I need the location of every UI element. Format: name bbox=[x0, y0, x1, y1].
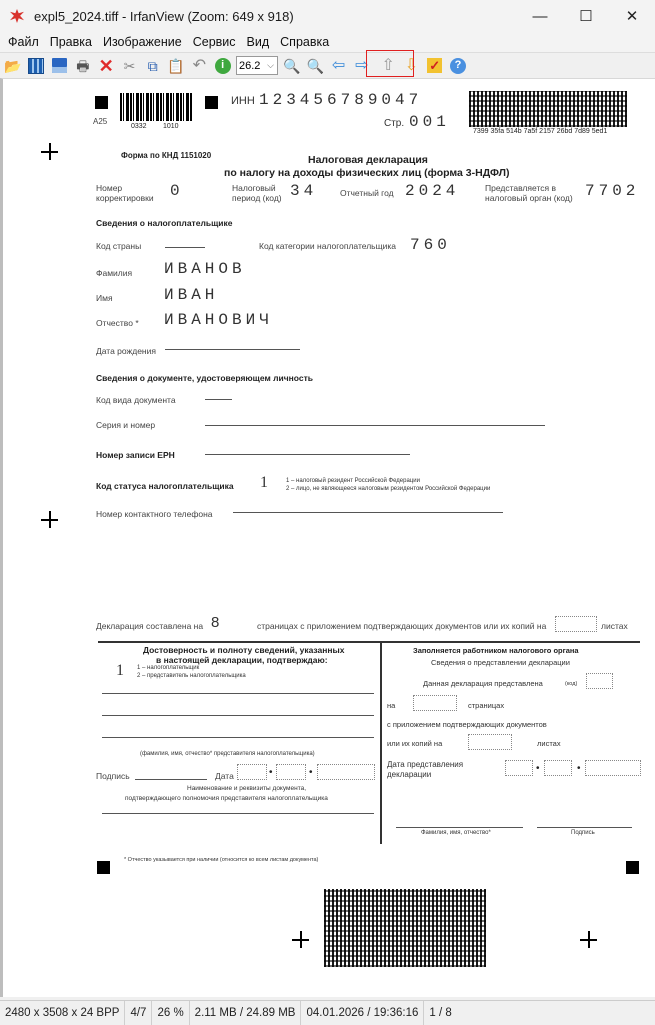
taxpayer-section-title: Сведения о налогоплательщике bbox=[96, 218, 232, 228]
officer-sign-caption: Подпись bbox=[571, 830, 595, 836]
officer-copies-label: или их копий на bbox=[387, 739, 442, 748]
menu-file[interactable]: Файл bbox=[3, 35, 44, 49]
section-divider bbox=[98, 641, 640, 643]
pages-suffix: страницах с приложением подтверждающих д… bbox=[257, 621, 546, 631]
surname-value: ИВАНОВ bbox=[164, 260, 246, 278]
status-zoom: 26 % bbox=[152, 1001, 189, 1025]
officer-pages-field[interactable] bbox=[413, 695, 457, 711]
birth-date-line bbox=[165, 349, 300, 350]
prev-icon[interactable]: ⇦ bbox=[329, 56, 349, 76]
column-divider bbox=[380, 641, 382, 844]
signature-label: Подпись bbox=[96, 771, 130, 781]
form-title-line1: Налоговая декларация bbox=[308, 154, 428, 166]
registration-cross bbox=[41, 511, 58, 528]
officer-attach-label: с приложением подтверждающих документов bbox=[387, 720, 547, 729]
surname-label: Фамилия bbox=[96, 268, 132, 278]
pages-value: 8 bbox=[211, 614, 219, 631]
authority-doc-line bbox=[102, 813, 374, 814]
cut-icon[interactable]: ✂ bbox=[119, 56, 139, 76]
barcode-digits-left: 0332 bbox=[131, 123, 147, 130]
doc-type-line bbox=[205, 399, 232, 400]
officer-on-label: на bbox=[387, 701, 395, 710]
multipage-icon[interactable]: ✓ bbox=[425, 56, 445, 76]
officer-pages-label: страницах bbox=[468, 701, 504, 710]
registration-cross bbox=[41, 143, 58, 160]
officer-sheets-label: листах bbox=[537, 739, 561, 748]
name-label: Имя bbox=[96, 293, 113, 303]
form-code: Форма по КНД 1151020 bbox=[121, 151, 211, 160]
maximize-button[interactable]: ☐ bbox=[563, 0, 609, 32]
year-label: Отчетный год bbox=[340, 188, 394, 198]
pdf417-barcode bbox=[469, 91, 627, 127]
series-label: Серия и номер bbox=[96, 420, 155, 430]
highlight-box bbox=[366, 50, 414, 77]
signature-line bbox=[135, 779, 207, 780]
help-icon[interactable]: ? bbox=[448, 56, 468, 76]
date-separator: • bbox=[309, 767, 313, 778]
officer-fio-caption: Фамилия, имя, отчество* bbox=[421, 830, 491, 836]
menu-options[interactable]: Сервис bbox=[188, 35, 241, 49]
authority-label: Представляется в налоговый орган (код) bbox=[485, 183, 577, 203]
menu-help[interactable]: Справка bbox=[275, 35, 334, 49]
doc-type-label: Код вида документа bbox=[96, 395, 176, 405]
inn-value: 123456789047 bbox=[259, 91, 422, 109]
inn-label: ИНН bbox=[231, 95, 255, 107]
officer-fio-line bbox=[396, 827, 523, 828]
series-line bbox=[205, 425, 545, 426]
toolbar: 📂 🖶 ✕ ✂ ⧉ 📋 ↶ i 26.2 ⌵ 🔍 🔍 ⇦ ⇨ ⇧ ⇩ ✓ ? bbox=[0, 52, 655, 78]
officer-title: Заполняется работником налогового органа bbox=[413, 646, 579, 655]
officer-date-month-field[interactable] bbox=[544, 760, 572, 776]
country-field-line bbox=[165, 247, 205, 248]
footnote: * Отчество указывается при наличии (отно… bbox=[124, 857, 318, 863]
pdf417-bottom-barcode bbox=[324, 889, 486, 967]
attachment-sheets-field[interactable] bbox=[555, 616, 597, 632]
officer-date-day-field[interactable] bbox=[505, 760, 533, 776]
confirm-value: 1 bbox=[116, 662, 124, 680]
status-bar: 2480 x 3508 x 24 BPP 4/7 26 % 2.11 MB / … bbox=[0, 1000, 655, 1025]
status-size: 2.11 MB / 24.89 MB bbox=[190, 1001, 302, 1025]
officer-date-year-field[interactable] bbox=[585, 760, 641, 776]
correction-label: Номер корректировки bbox=[96, 183, 156, 203]
date-separator: • bbox=[269, 767, 273, 778]
title-bar: expl5_2024.tiff - IrfanView (Zoom: 649 x… bbox=[0, 0, 655, 32]
corner-code: A25 bbox=[93, 117, 107, 126]
category-label: Код категории налогоплательщика bbox=[259, 241, 396, 251]
undo-icon[interactable]: ↶ bbox=[189, 56, 209, 76]
registration-cross bbox=[580, 931, 597, 948]
chevron-down-icon: ⌵ bbox=[267, 60, 277, 71]
image-viewport[interactable]: A25 0332 1010 ИНН 123456789047 Стр. 001 … bbox=[0, 78, 655, 997]
barcode-digits-right: 1010 bbox=[163, 123, 179, 130]
pdf-hash: 7399 35fa 514b 7a5f 2157 26bd 7d89 5ed1 bbox=[473, 128, 607, 135]
zoom-in-icon[interactable]: 🔍 bbox=[282, 56, 302, 76]
info-icon[interactable]: i bbox=[213, 56, 233, 76]
confirm-title-line1: Достоверность и полноту сведений, указан… bbox=[143, 645, 345, 655]
officer-date-label: Дата представления декларации bbox=[387, 760, 482, 780]
representative-line bbox=[102, 737, 374, 738]
patronymic-value: ИВАНОВИЧ bbox=[164, 311, 273, 329]
status-label: Код статуса налогоплательщика bbox=[96, 481, 234, 491]
period-label: Налоговый период (код) bbox=[232, 183, 284, 203]
period-value: 34 bbox=[290, 182, 317, 200]
window-title: expl5_2024.tiff - IrfanView (Zoom: 649 x… bbox=[34, 9, 294, 24]
form-title-line2: по налогу на доходы физических лиц (форм… bbox=[224, 167, 509, 179]
print-icon[interactable]: 🖶 bbox=[73, 56, 93, 76]
confirm-option-2: 2 – представитель налогоплательщика bbox=[137, 673, 246, 679]
menu-view[interactable]: Вид bbox=[242, 35, 275, 49]
officer-subtitle: Сведения о представлении декларации bbox=[431, 658, 570, 667]
menu-edit[interactable]: Правка bbox=[45, 35, 97, 49]
menu-image[interactable]: Изображение bbox=[98, 35, 187, 49]
authority-value: 7702 bbox=[585, 182, 639, 200]
confirm-option-1: 1 – налогоплательщик bbox=[137, 665, 199, 671]
corner-marker bbox=[97, 861, 110, 874]
corner-marker bbox=[626, 861, 639, 874]
date-label: Дата bbox=[215, 771, 234, 781]
save-icon[interactable] bbox=[50, 56, 70, 76]
tax-declaration-page: A25 0332 1010 ИНН 123456789047 Стр. 001 … bbox=[3, 79, 655, 997]
date-separator: • bbox=[577, 763, 581, 774]
page-value: 001 bbox=[409, 113, 450, 131]
officer-code-field[interactable] bbox=[586, 673, 613, 689]
slideshow-icon[interactable] bbox=[26, 56, 46, 76]
category-value: 760 bbox=[410, 236, 451, 254]
year-value: 2024 bbox=[405, 182, 459, 200]
officer-sheets-field[interactable] bbox=[468, 734, 512, 750]
id-section-title: Сведения о документе, удостоверяющем лич… bbox=[96, 373, 313, 383]
representative-line bbox=[102, 693, 374, 694]
zoom-dropdown[interactable]: 26.2 ⌵ bbox=[236, 56, 278, 75]
zoom-value: 26.2 bbox=[239, 60, 260, 72]
copy-icon[interactable]: ⧉ bbox=[143, 56, 163, 76]
paste-icon[interactable]: 📋 bbox=[166, 56, 186, 76]
status-datetime: 04.01.2026 / 19:36:16 bbox=[301, 1001, 424, 1025]
officer-sign-line bbox=[537, 827, 632, 828]
phone-label: Номер контактного телефона bbox=[96, 509, 213, 519]
linear-barcode bbox=[120, 93, 192, 121]
irfanview-logo-icon bbox=[8, 7, 26, 25]
registration-cross bbox=[292, 931, 309, 948]
date-separator: • bbox=[536, 763, 540, 774]
doc-caption-line1: Наименование и реквизиты документа, bbox=[187, 785, 306, 792]
date-month-field[interactable] bbox=[276, 764, 306, 780]
close-button[interactable]: ✕ bbox=[609, 0, 655, 32]
name-value: ИВАН bbox=[164, 286, 218, 304]
correction-value: 0 bbox=[170, 182, 184, 200]
date-day-field[interactable] bbox=[237, 764, 267, 780]
delete-icon[interactable]: ✕ bbox=[96, 56, 116, 76]
status-index: 4/7 bbox=[125, 1001, 152, 1025]
patronymic-label: Отчество * bbox=[96, 318, 139, 328]
officer-submitted-label: Данная декларация представлена bbox=[423, 679, 543, 688]
corner-marker bbox=[95, 96, 108, 109]
doc-caption-line2: подтверждающего полномочия представителя… bbox=[125, 795, 328, 802]
country-label: Код страны bbox=[96, 241, 141, 251]
corner-marker bbox=[205, 96, 218, 109]
birth-date-label: Дата рождения bbox=[96, 346, 156, 356]
page-label: Стр. bbox=[384, 118, 404, 129]
confirm-title-line2: в настоящей декларации, подтверждаю: bbox=[156, 655, 328, 665]
pages-prefix: Декларация составлена на bbox=[96, 621, 203, 631]
status-value: 1 bbox=[260, 474, 268, 492]
ern-line bbox=[205, 454, 410, 455]
sheets-label: листах bbox=[601, 621, 628, 631]
representative-caption: (фамилия, имя, отчество* представителя н… bbox=[140, 751, 315, 757]
representative-line bbox=[102, 715, 374, 716]
phone-line bbox=[233, 512, 503, 513]
status-dimensions: 2480 x 3508 x 24 BPP bbox=[0, 1001, 125, 1025]
ern-label: Номер записи ЕРН bbox=[96, 450, 175, 460]
minimize-button[interactable]: — bbox=[517, 0, 563, 32]
officer-code-label: (код) bbox=[565, 681, 577, 687]
open-icon[interactable]: 📂 bbox=[3, 56, 23, 76]
date-year-field[interactable] bbox=[317, 764, 375, 780]
status-option-2: 2 – лицо, не являющееся налоговым резиде… bbox=[286, 486, 490, 492]
menu-bar: Файл Правка Изображение Сервис Вид Справ… bbox=[0, 32, 655, 52]
status-page: 1 / 8 bbox=[424, 1001, 456, 1025]
status-option-1: 1 – налоговый резидент Российской Федера… bbox=[286, 478, 420, 484]
zoom-out-icon[interactable]: 🔍 bbox=[305, 56, 325, 76]
